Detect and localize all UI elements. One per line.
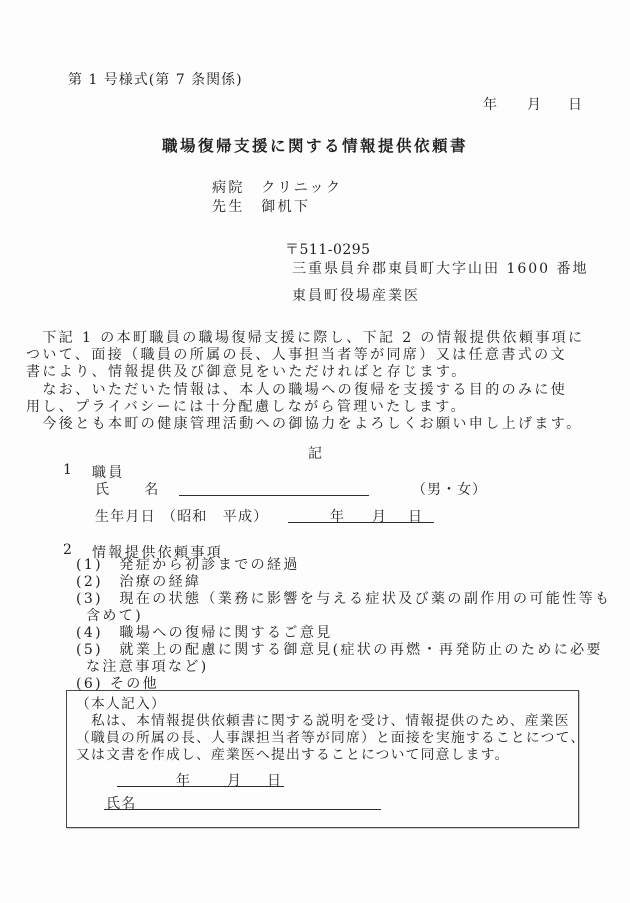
- issue-date-month-label: 月: [527, 94, 541, 114]
- name-label: 氏 名: [95, 479, 161, 499]
- document-page: 第 1 号様式(第 7 条関係) 年 月 日 職場復帰支援に関する情報提供依頼書…: [0, 0, 630, 903]
- consent-text: （本人記入） 私は、本情報提供依頼書に関する説明を受け、情報提供のため、産業医 …: [76, 696, 585, 764]
- gender-options: （男・女）: [412, 479, 487, 499]
- request-item-1: (1) 発症から初診までの経過: [76, 557, 611, 574]
- birthdate-label: 生年月日: [95, 506, 156, 526]
- request-item-3: (3) 現在の状態（業務に影響を与える症状及び薬の副作用の可能性等も 含めて): [76, 591, 611, 625]
- birthdate-month-label: 月: [372, 506, 386, 526]
- birthdate-year-label: 年: [330, 506, 344, 526]
- consent-date-month-label: 月: [227, 770, 241, 790]
- recipient-block: 病院 クリニック 先生 御机下: [212, 179, 342, 216]
- sender-address: 三重県員弁郡東員町大字山田 1600 番地: [292, 258, 589, 278]
- request-item-4: (4) 職場への復帰に関するご意見: [76, 625, 611, 642]
- request-item-list: (1) 発症から初診までの経過 (2) 治療の経緯 (3) 現在の状態（業務に影…: [76, 557, 611, 693]
- era-options: （昭和 平成）: [162, 506, 268, 526]
- consent-date-year-label: 年: [176, 770, 190, 790]
- consent-date-fill-line: [117, 770, 284, 787]
- document-title: 職場復帰支援に関する情報提供依頼書: [0, 134, 630, 156]
- consent-name-label: 氏名: [106, 793, 136, 813]
- request-item-2: (2) 治療の経緯: [76, 574, 611, 591]
- name-fill-line: [179, 480, 369, 496]
- notation-ki: 記: [0, 443, 630, 463]
- issue-date-day-label: 日: [568, 94, 582, 114]
- section-2-number: 2: [63, 542, 72, 558]
- body-paragraphs: 下記 1 の本町職員の職場復帰支援に際し、下記 2 の情報提供依頼事項に ついて…: [26, 330, 584, 433]
- consent-date-day-label: 日: [267, 770, 281, 790]
- issue-date-year-label: 年: [483, 94, 497, 114]
- request-item-5: (5) 就業上の配慮に関する御意見(症状の再燃・再発防止のために必要 な注意事項…: [76, 642, 611, 676]
- consent-name-fill-line: [104, 793, 381, 810]
- form-number: 第 1 号様式(第 7 条関係): [68, 69, 243, 89]
- sender-postal-code: 〒511-0295: [285, 239, 371, 259]
- section-1-number: 1: [63, 462, 72, 478]
- birthdate-day-label: 日: [408, 506, 422, 526]
- sender-organization: 東員町役場産業医: [292, 285, 420, 305]
